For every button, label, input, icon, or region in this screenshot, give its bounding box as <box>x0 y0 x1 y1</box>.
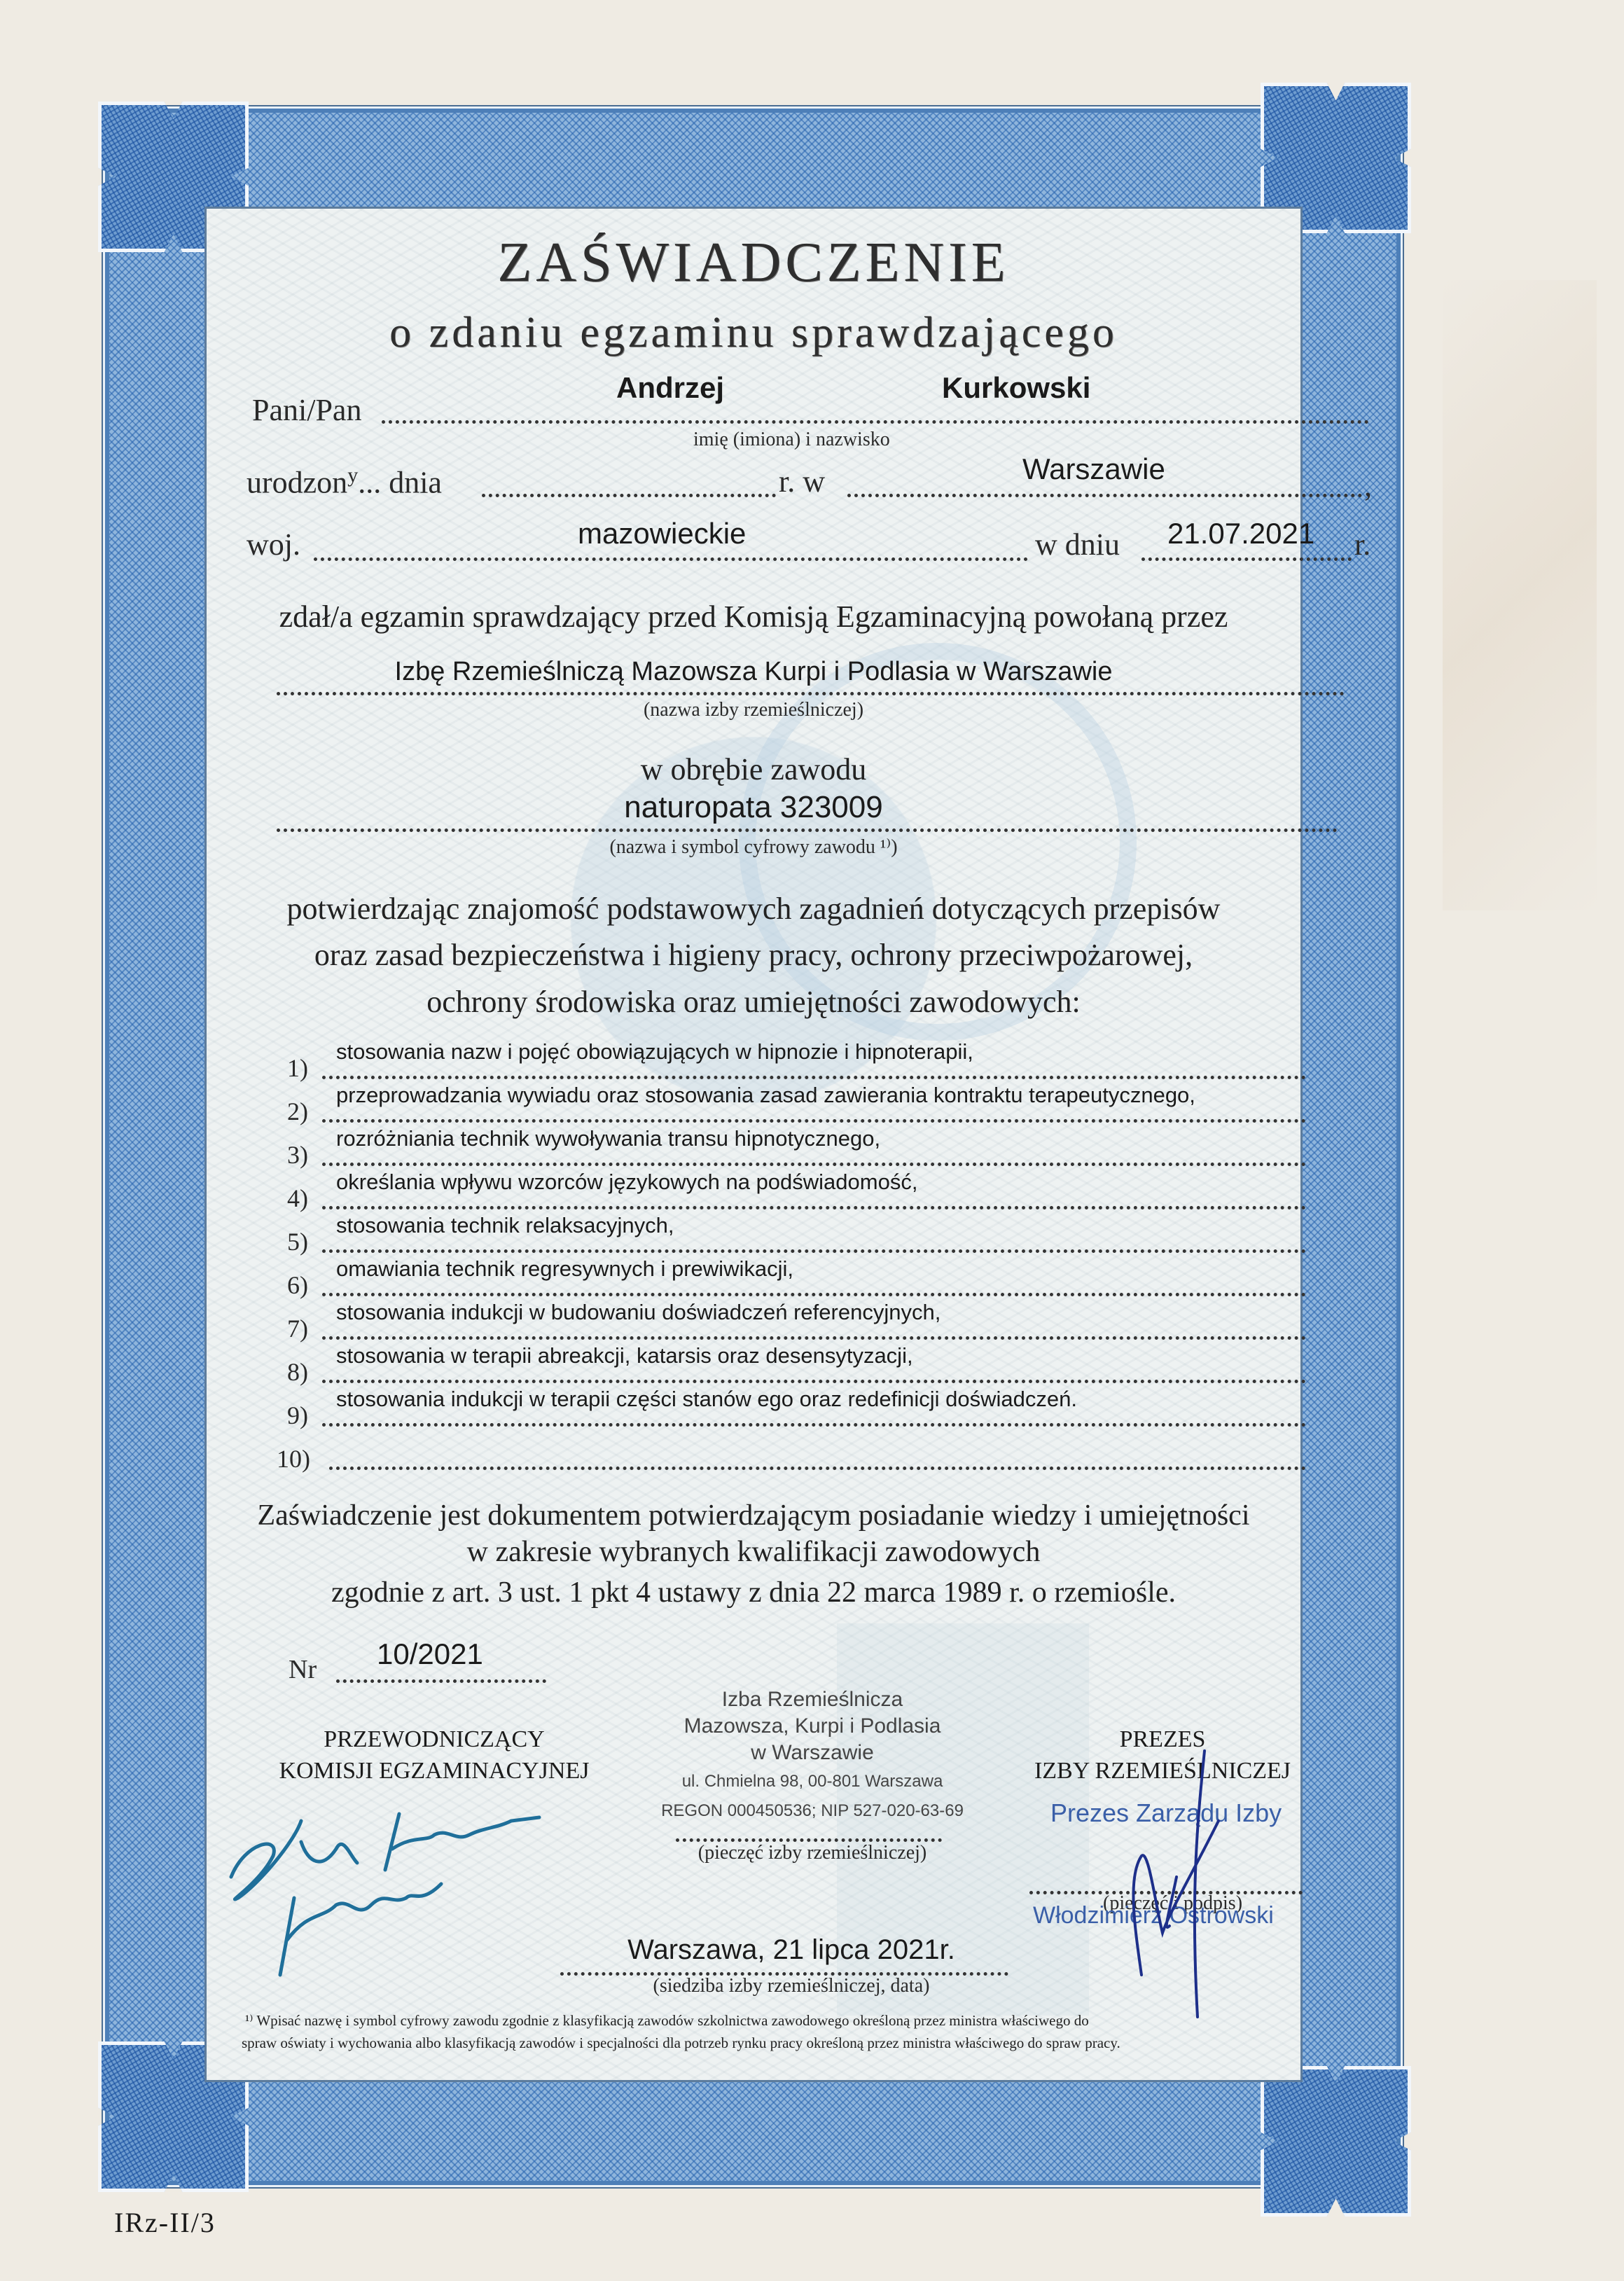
number-value: 10/2021 <box>377 1637 483 1671</box>
chamber-caption: (nazwa izby rzemieślniczej) <box>204 699 1303 721</box>
skill-number: 9) <box>287 1401 308 1430</box>
skill-number: 8) <box>287 1357 308 1387</box>
document-subtitle: o zdaniu egzaminu sprawdzającego <box>204 308 1303 358</box>
skill-number: 1) <box>287 1053 308 1083</box>
chairman-title-1: PRZEWODNICZĄCY <box>238 1726 630 1753</box>
profession-dotted-line <box>277 828 1338 832</box>
skill-dotted-line <box>322 1293 1306 1296</box>
skill-number: 7) <box>287 1314 308 1343</box>
voivodeship-value: mazowieckie <box>578 517 746 550</box>
voivodeship-label: woj. <box>247 527 300 562</box>
form-code: IRz-II/3 <box>114 2206 216 2239</box>
born-year-label: r. w <box>779 464 825 499</box>
skill-dotted-line <box>329 1467 1306 1470</box>
skill-dotted-line <box>322 1163 1306 1166</box>
footnote-line-2: spraw oświaty i wychowania albo klasyfik… <box>242 2034 1313 2052</box>
corner-ornament-icon <box>1261 2066 1411 2217</box>
number-label: Nr <box>289 1654 317 1685</box>
exam-statement: zdał/a egzamin sprawdzający przed Komisj… <box>204 599 1303 635</box>
skill-text: stosowania nazw i pojęć obowiązujących w… <box>336 1039 973 1065</box>
skill-text: stosowania w terapii abreakcji, katarsis… <box>336 1343 913 1368</box>
exam-date-value: 21.07.2021 <box>1167 517 1314 550</box>
name-dotted-line <box>382 420 1369 424</box>
skill-dotted-line <box>322 1206 1306 1209</box>
stamp-caption: (pieczęć izby rzemieślniczej) <box>616 1842 1008 1864</box>
name-label: Pani/Pan <box>252 392 361 428</box>
skill-dotted-line <box>322 1076 1306 1079</box>
place-date-caption: (siedziba izby rzemieślniczej, data) <box>518 1975 1064 1997</box>
paper-shadow <box>1443 280 1597 910</box>
skill-dotted-line <box>322 1249 1306 1253</box>
legal-line-2: w zakresie wybranych kwalifikacji zawodo… <box>204 1535 1303 1569</box>
profession-label: w obrębie zawodu <box>204 751 1303 787</box>
chamber-dotted-line <box>277 692 1345 695</box>
skill-number: 2) <box>287 1097 308 1126</box>
confirmation-line-2: oraz zasad bezpieczeństwa i higieny prac… <box>204 937 1303 973</box>
skill-text: stosowania indukcji w terapii części sta… <box>336 1387 1077 1412</box>
skill-number: 4) <box>287 1184 308 1213</box>
skill-dotted-line <box>322 1336 1306 1340</box>
born-label-text: urodzon <box>247 466 347 500</box>
birth-date-dotted-line <box>482 494 776 497</box>
legal-line-1: Zaświadczenie jest dokumentem potwierdza… <box>204 1499 1303 1532</box>
president-signature <box>1092 1751 1247 2017</box>
number-dotted-line <box>336 1679 546 1683</box>
confirmation-line-3: ochrony środowiska oraz umiejętności zaw… <box>204 984 1303 1020</box>
name-caption: imię (imiona) i nazwisko <box>693 429 890 451</box>
stamp-line-5: REGON 000450536; NIP 527-020-63-69 <box>616 1801 1008 1821</box>
skill-dotted-line <box>322 1119 1306 1123</box>
stamp-line-1: Izba Rzemieślnicza <box>616 1688 1008 1712</box>
born-label: urodzony... dnia <box>247 464 442 501</box>
skill-dotted-line <box>322 1423 1306 1427</box>
profession-value: naturopata 323009 <box>204 790 1303 825</box>
skill-text: stosowania technik relaksacyjnych, <box>336 1213 674 1238</box>
exam-date-suffix: r. <box>1354 527 1370 562</box>
skill-number: 3) <box>287 1140 308 1170</box>
president-title-1: PREZES <box>1008 1726 1317 1753</box>
birthplace-dotted-line <box>847 494 1362 497</box>
born-day-label: ... dnia <box>358 466 442 500</box>
confirmation-line-1: potwierdzając znajomość podstawowych zag… <box>204 891 1303 927</box>
legal-line-3: zgodnie z art. 3 ust. 1 pkt 4 ustawy z d… <box>204 1576 1303 1609</box>
skill-text: rozróżniania technik wywoływania transu … <box>336 1126 880 1151</box>
skill-text: stosowania indukcji w budowaniu doświadc… <box>336 1300 941 1325</box>
birthplace-value: Warszawie <box>1022 452 1165 486</box>
stamp-line-2: Mazowsza, Kurpi i Podlasia <box>616 1714 1008 1738</box>
skill-text: przeprowadzania wywiadu oraz stosowania … <box>336 1083 1195 1108</box>
chairman-title-2: KOMISJI EGZAMINACYJNEJ <box>238 1758 630 1784</box>
document-title: ZAŚWIADCZENIE <box>204 231 1303 295</box>
voivodeship-dotted-line <box>314 557 1028 561</box>
first-name-value: Andrzej <box>616 371 724 405</box>
last-name-value: Kurkowski <box>942 371 1090 405</box>
skill-text: omawiania technik regresywnych i prewiwi… <box>336 1256 793 1282</box>
skill-dotted-line <box>322 1380 1306 1383</box>
born-suffix: y <box>347 464 358 487</box>
skill-text: określania wpływu wzorców językowych na … <box>336 1170 917 1195</box>
place-date-value: Warszawa, 21 lipca 2021r. <box>518 1934 1064 1966</box>
profession-caption: (nazwa i symbol cyfrowy zawodu ¹⁾) <box>204 835 1303 859</box>
skill-number: 10) <box>277 1444 310 1474</box>
chairman-signature <box>217 1800 567 1996</box>
exam-date-label: w dniu <box>1035 527 1120 562</box>
skill-number: 5) <box>287 1227 308 1256</box>
footnote-line-1: ¹⁾ Wpisać nazwę i symbol cyfrowy zawodu … <box>245 2012 1310 2030</box>
chamber-value: Izbę Rzemieślniczą Mazowsza Kurpi i Podl… <box>204 657 1303 687</box>
exam-date-dotted-line <box>1141 557 1352 561</box>
skill-number: 6) <box>287 1270 308 1300</box>
stamp-line-4: ul. Chmielna 98, 00-801 Warszawa <box>616 1772 1008 1791</box>
stamp-line-3: w Warszawie <box>616 1741 1008 1765</box>
birthplace-comma: , <box>1364 468 1372 504</box>
